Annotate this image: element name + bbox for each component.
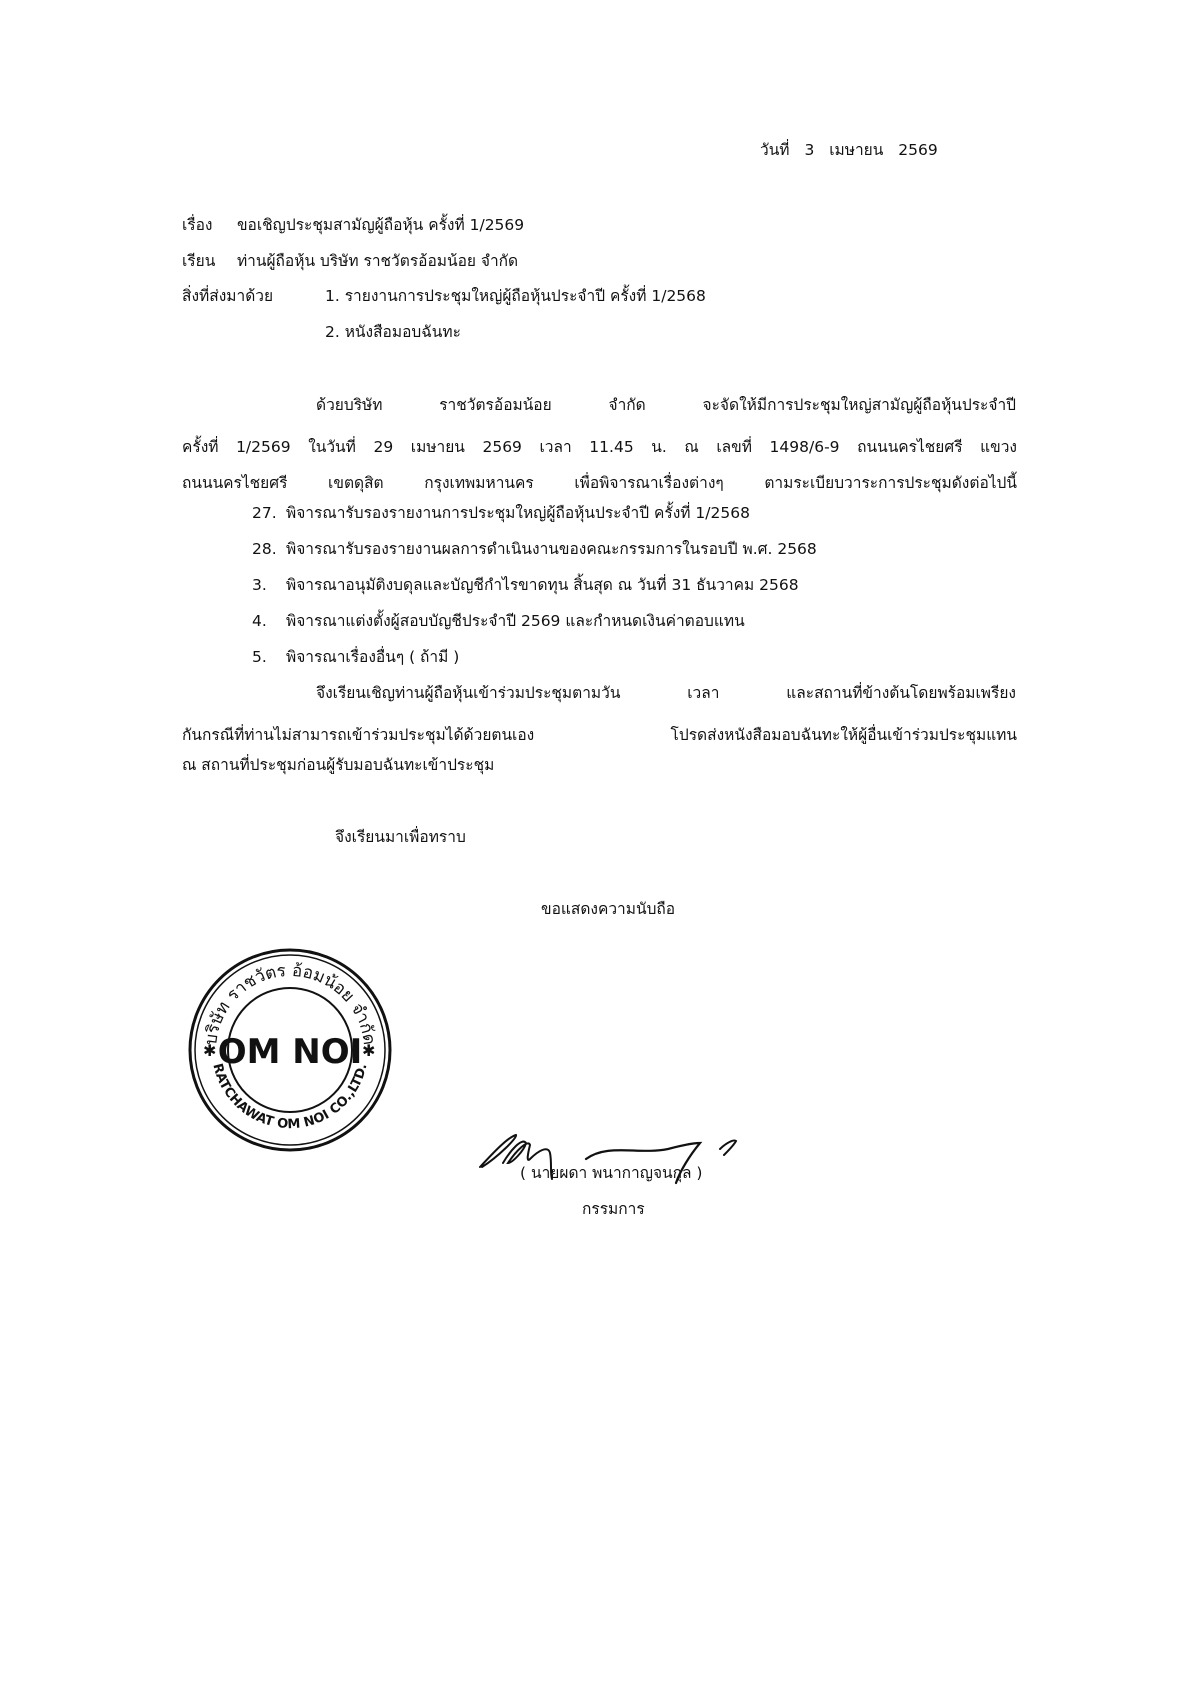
subject-label: เรื่อง [182,218,232,234]
attachment-item: 2. หนังสือมอบฉันทะ [325,325,461,341]
recipient-label: เรียน [182,254,232,270]
agenda-item: 27.พิจารณารับรองรายงานการประชุมใหญ่ผู้ถื… [252,506,750,522]
invite-line: จึงเรียนเชิญท่านผู้ถือหุ้นเข้าร่วมประชุม… [316,686,1016,702]
signer-position: กรรมการ [582,1202,645,1218]
recipient-text: ท่านผู้ถือหุ้น บริษัท ราชวัตรอ้อมน้อย จำ… [237,252,518,270]
stamp-english-ring-text: RATCHAWAT OM NOI CO.,LTD. [209,1062,370,1132]
respect-text: ขอแสดงความนับถือ [541,902,675,918]
invite-line: ณ สถานที่ประชุมก่อนผู้รับมอบฉันทะเข้าประ… [182,758,1017,774]
agenda-item: 28.พิจารณารับรองรายงานผลการดำเนินงานของค… [252,542,817,558]
agenda-item: 4.พิจารณาแต่งตั้งผู้สอบบัญชีประจำปี 2569… [252,614,745,630]
intro-line: ด้วยบริษัท ราชวัตรอ้อมน้อย จำกัด จะจัดให… [316,398,1016,414]
intro-line: ถนนนครไชยศรี เขตดุสิต กรุงเทพมหานคร เพื่… [182,470,1017,495]
attachment-item: 1. รายงานการประชุมใหญ่ผู้ถือหุ้นประจำปี … [325,289,706,305]
subject-row: เรื่อง ขอเชิญประชุมสามัญผู้ถือหุ้น ครั้ง… [182,218,524,234]
closing-text: จึงเรียนมาเพื่อทราบ [335,830,466,846]
company-stamp: บริษัท ราชวัตร อ้อมน้อย จำกัด RATCHAWAT … [186,946,394,1154]
invite-line: กันกรณีที่ท่านไม่สามารถเข้าร่วมประชุมได้… [182,722,1017,747]
signer-name: ( นายผดา พนากาญจนกุล ) [520,1166,702,1182]
recipient-row: เรียน ท่านผู้ถือหุ้น บริษัท ราชวัตรอ้อมน… [182,254,518,270]
subject-text: ขอเชิญประชุมสามัญผู้ถือหุ้น ครั้งที่ 1/2… [237,216,524,234]
stamp-center-text: OM NOI [218,1032,363,1072]
intro-line: ครั้งที่ 1/2569 ในวันที่ 29 เมษายน 2569 … [182,434,1017,459]
letter-date: วันที่ 3 เมษายน 2569 [760,143,938,159]
stamp-star-icon: ✱ [203,1041,216,1060]
attachments-label: สิ่งที่ส่งมาด้วย [182,289,273,305]
stamp-star-icon: ✱ [362,1041,375,1060]
agenda-item: 5.พิจารณาเรื่องอื่นๆ ( ถ้ามี ) [252,650,459,666]
agenda-item: 3.พิจารณาอนุมัติงบดุลและบัญชีกำไรขาดทุน … [252,578,799,594]
